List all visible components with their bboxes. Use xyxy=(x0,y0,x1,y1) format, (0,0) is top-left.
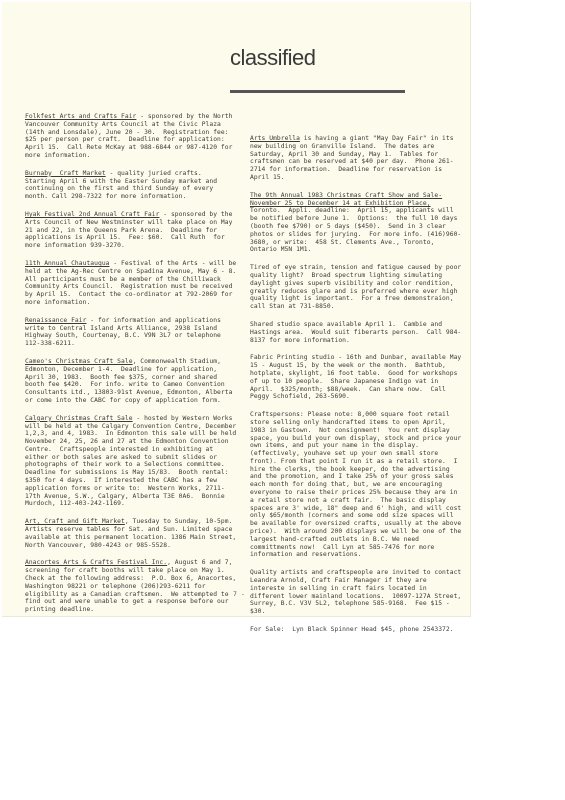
listing-body: is having a giant "May Day Fair" in its … xyxy=(250,135,457,181)
listing-body: Fabric Printing studio - 16th and Dunbar… xyxy=(250,354,465,400)
right-column: Arts Umbrella is having a giant "May Day… xyxy=(250,135,462,644)
listing-heading: 11th Annual Chautauqua xyxy=(25,260,110,267)
listing-heading: Arts Umbrella xyxy=(250,135,300,142)
listing-heading: Hyak Festival 2nd Annual Craft Fair xyxy=(25,211,159,218)
listing-heading: Renaissance Fair xyxy=(25,317,86,324)
listing-body: Toronto. Appli. deadline: April 15, appl… xyxy=(250,200,461,254)
listing-body: Shared studio space available April 1. C… xyxy=(250,321,461,344)
listing-body: Tired of eye strain, tension and fatigue… xyxy=(250,264,465,310)
classified-listing: Hyak Festival 2nd Annual Craft Fair - sp… xyxy=(25,211,237,250)
classified-listing: Tired of eye strain, tension and fatigue… xyxy=(250,264,462,311)
classified-listing: For Sale: Lyn Black Spinner Head $45, ph… xyxy=(250,626,462,634)
listing-body: Craftspersons: Please note: 8,000 square… xyxy=(250,411,465,558)
classified-listing: Burnaby Craft Market - quality juried cr… xyxy=(25,170,237,201)
listing-body: - hosted by Western Works will be held a… xyxy=(25,415,240,508)
page-number: - 7 - xyxy=(215,590,255,598)
listing-heading: Calgary Christmas Craft Sale xyxy=(25,415,133,422)
classified-listing: Fabric Printing studio - 16th and Dunbar… xyxy=(250,354,462,401)
left-column: Folkfest Arts and Crafts Fair - sponsore… xyxy=(25,113,237,624)
listing-heading: The 9th Annual 1983 Christmas Craft Show… xyxy=(250,192,442,207)
classified-listing: Shared studio space available April 1. C… xyxy=(250,321,462,344)
classified-listing: Art, Craft and Gift Market, Tuesday to S… xyxy=(25,518,237,549)
classified-listing: Anacortes Arts & Crafts Festival Inc., A… xyxy=(25,559,237,614)
scanned-page: classified Folkfest Arts and Crafts Fair… xyxy=(2,2,471,617)
classified-listing: Cameo's Christmas Craft Sale, Commonweal… xyxy=(25,358,237,405)
listing-body: - sponsored by the North Vancouver Commu… xyxy=(25,113,236,159)
section-title: classified xyxy=(230,47,405,69)
classified-listing: Craftspersons: Please note: 8,000 square… xyxy=(250,411,462,559)
listing-heading: Cameo's Christmas Craft Sale xyxy=(25,358,133,365)
listing-body: - Festival of the Arts - will be held at… xyxy=(25,260,240,306)
listing-body: Quality artists and craftspeople are inv… xyxy=(250,569,465,615)
listing-body: For Sale: Lyn Black Spinner Head $45, ph… xyxy=(250,626,454,633)
classified-listing: Calgary Christmas Craft Sale - hosted by… xyxy=(25,415,237,509)
classified-listing: Renaissance Fair - for information and a… xyxy=(25,317,237,348)
listing-heading: Burnaby Craft Market xyxy=(25,170,106,177)
classified-listing: Arts Umbrella is having a giant "May Day… xyxy=(250,135,462,182)
classified-listing: 11th Annual Chautauqua - Festival of the… xyxy=(25,260,237,307)
classified-listing: Folkfest Arts and Crafts Fair - sponsore… xyxy=(25,113,237,160)
listing-body: , August 6 and 7, screening for craft bo… xyxy=(25,559,240,613)
listing-heading: Art, Craft and Gift Market xyxy=(25,518,125,525)
classified-listing: The 9th Annual 1983 Christmas Craft Show… xyxy=(250,192,462,254)
classified-listing: Quality artists and craftspeople are inv… xyxy=(250,569,462,616)
title-underline-rule xyxy=(230,90,405,93)
listing-heading: Folkfest Arts and Crafts Fair xyxy=(25,113,136,120)
listing-body: , Commonwealth Stadium, Edmonton, Decemb… xyxy=(25,358,236,404)
listing-heading: Anacortes Arts & Crafts Festival Inc. xyxy=(25,559,167,566)
